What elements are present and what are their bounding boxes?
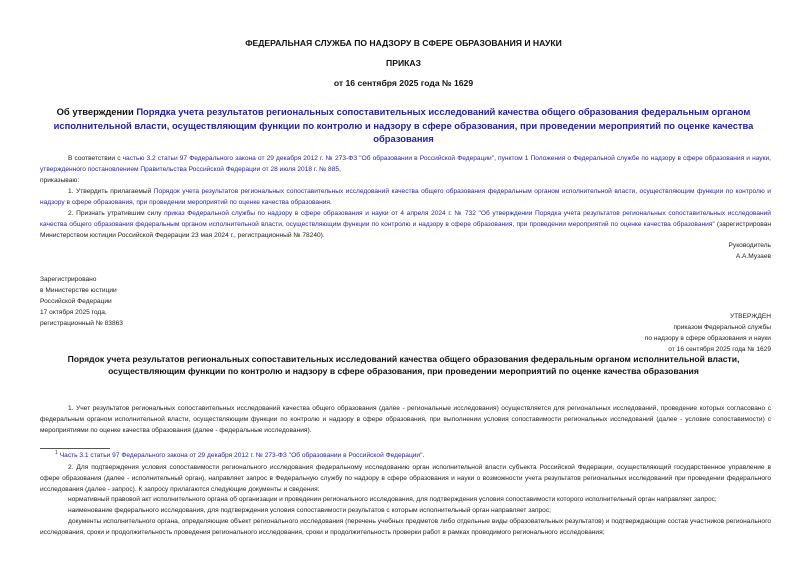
approved-line: по надзору в сфере образования и науки bbox=[645, 333, 771, 344]
clause-2-item-text: документы исполнительного органа, опреде… bbox=[40, 518, 771, 536]
approved-line: приказом Федеральной службы bbox=[645, 322, 771, 333]
order-title: Об утверждении Порядка учета результатов… bbox=[30, 105, 777, 146]
preamble-text: В соответствии с bbox=[68, 155, 123, 162]
registration-line: регистрационный № 83863 bbox=[40, 318, 123, 329]
footnote-end: . bbox=[422, 452, 424, 459]
item-1-text: 1. Утвердить прилагаемый bbox=[68, 188, 154, 195]
clause-2-text: 2. Для подтверждения условия сопоставимо… bbox=[40, 464, 771, 493]
clause-2: 2. Для подтверждения условия сопоставимо… bbox=[40, 463, 771, 539]
registration-line: в Министерстве юстиции bbox=[40, 285, 123, 296]
approved-block: УТВЕРЖДЕН приказом Федеральной службы по… bbox=[645, 311, 771, 355]
registration-line: Зарегистрировано bbox=[40, 274, 123, 285]
footnote: 1Часть 3.1 статьи 97 Федерального закона… bbox=[55, 450, 424, 459]
registration-line: Российской Федерации bbox=[40, 296, 123, 307]
procedure-title: Порядок учета результатов региональных с… bbox=[40, 353, 767, 377]
clause-2-item: документы исполнительного органа, опреде… bbox=[40, 517, 771, 539]
footnote-marker: 1 bbox=[55, 450, 58, 456]
order-date-number: от 16 сентября 2025 года № 1629 bbox=[0, 78, 807, 88]
item-1-end: . bbox=[330, 199, 332, 206]
preamble-end: , bbox=[339, 166, 341, 173]
item-2-text: 2. Признать утратившим силу bbox=[68, 210, 164, 217]
order-word: приказываю: bbox=[40, 177, 79, 184]
preamble: В соответствии с частью 3.2 статьи 97 Фе… bbox=[40, 154, 771, 186]
clause-1: 1. Учет результатов региональных сопоста… bbox=[40, 404, 771, 436]
signature: Руководитель А.А.Музаев bbox=[729, 240, 771, 262]
law-273-link[interactable]: частью 3.2 статьи 97 Федерального закона… bbox=[123, 155, 494, 162]
approved-line: УТВЕРЖДЕН bbox=[645, 311, 771, 322]
registration-block: Зарегистрировано в Министерстве юстиции … bbox=[40, 274, 123, 329]
item-1: 1. Утвердить прилагаемый Порядок учета р… bbox=[40, 187, 771, 209]
clause-2-item: наименование федерального исследования, … bbox=[40, 506, 771, 517]
signature-position: Руководитель bbox=[729, 240, 771, 251]
doc-type: ПРИКАЗ bbox=[0, 58, 807, 68]
item-2: 2. Признать утратившим силу приказ Федер… bbox=[40, 209, 771, 241]
clause-2-item: нормативный правовой акт исполнительного… bbox=[40, 495, 771, 506]
title-procedure-link[interactable]: Порядка учета результатов региональных с… bbox=[54, 106, 754, 144]
signature-name: А.А.Музаев bbox=[729, 251, 771, 262]
footnote-law-link[interactable]: Часть 3.1 статьи 97 Федерального закона … bbox=[60, 452, 423, 459]
registration-line: 17 октября 2025 года, bbox=[40, 307, 123, 318]
clause-1-text: 1. Учет результатов региональных сопоста… bbox=[40, 405, 771, 434]
agency-name: ФЕДЕРАЛЬНАЯ СЛУЖБА ПО НАДЗОРУ В СФЕРЕ ОБ… bbox=[0, 38, 807, 48]
title-prefix: Об утверждении bbox=[57, 106, 137, 117]
footnote-divider bbox=[40, 448, 110, 449]
